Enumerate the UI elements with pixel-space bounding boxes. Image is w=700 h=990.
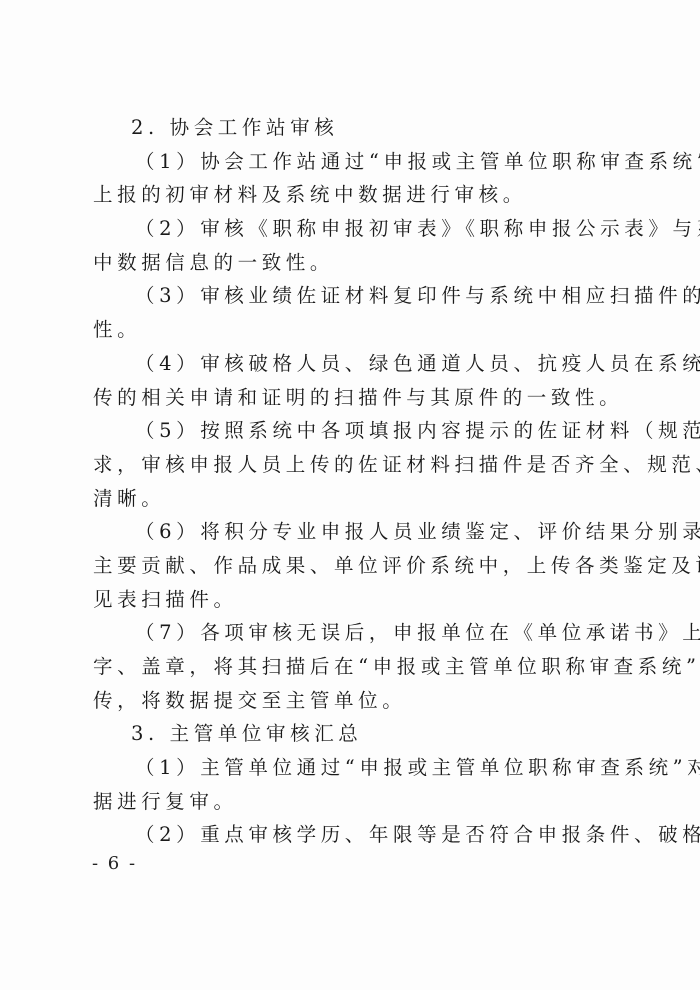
paragraph-line: （7）各项审核无误后，申报单位在《单位承诺书》上签 bbox=[93, 616, 609, 650]
paragraph-line: 性。 bbox=[93, 313, 609, 347]
paragraph-line: （1）协会工作站通过“申报或主管单位职称审查系统”对 bbox=[93, 145, 609, 179]
page-number: - 6 - bbox=[92, 853, 137, 874]
paragraph-line: 见表扫描件。 bbox=[93, 583, 609, 617]
paragraph-line: 中数据信息的一致性。 bbox=[93, 246, 609, 280]
paragraph-line: （1）主管单位通过“申报或主管单位职称审查系统”对数 bbox=[93, 751, 609, 785]
section-heading: 3. 主管单位审核汇总 bbox=[93, 717, 609, 751]
body-text: 2. 协会工作站审核 （1）协会工作站通过“申报或主管单位职称审查系统”对 上报… bbox=[93, 111, 609, 852]
paragraph-line: （5）按照系统中各项填报内容提示的佐证材料（规范）要 bbox=[93, 414, 609, 448]
paragraph-line: （2）审核《职称申报初审表》《职称申报公示表》与系统 bbox=[93, 212, 609, 246]
paragraph-line: （2）重点审核学历、年限等是否符合申报条件、破格人员 bbox=[93, 818, 609, 852]
paragraph-line: （4）审核破格人员、绿色通道人员、抗疫人员在系统中上 bbox=[93, 347, 609, 381]
paragraph-line: （3）审核业绩佐证材料复印件与系统中相应扫描件的一致 bbox=[93, 279, 609, 313]
paragraph-line: 清晰。 bbox=[93, 482, 609, 516]
paragraph-line: （6）将积分专业申报人员业绩鉴定、评价结果分别录入到 bbox=[93, 515, 609, 549]
document-page: 2. 协会工作站审核 （1）协会工作站通过“申报或主管单位职称审查系统”对 上报… bbox=[0, 0, 700, 990]
paragraph-line: 据进行复审。 bbox=[93, 785, 609, 819]
paragraph-line: 主要贡献、作品成果、单位评价系统中，上传各类鉴定及评价意 bbox=[93, 549, 609, 583]
section-heading: 2. 协会工作站审核 bbox=[93, 111, 609, 145]
paragraph-line: 传，将数据提交至主管单位。 bbox=[93, 684, 609, 718]
paragraph-line: 字、盖章，将其扫描后在“申报或主管单位职称审查系统”上 bbox=[93, 650, 609, 684]
paragraph-line: 上报的初审材料及系统中数据进行审核。 bbox=[93, 178, 609, 212]
paragraph-line: 求，审核申报人员上传的佐证材料扫描件是否齐全、规范、图片 bbox=[93, 448, 609, 482]
paragraph-line: 传的相关申请和证明的扫描件与其原件的一致性。 bbox=[93, 381, 609, 415]
